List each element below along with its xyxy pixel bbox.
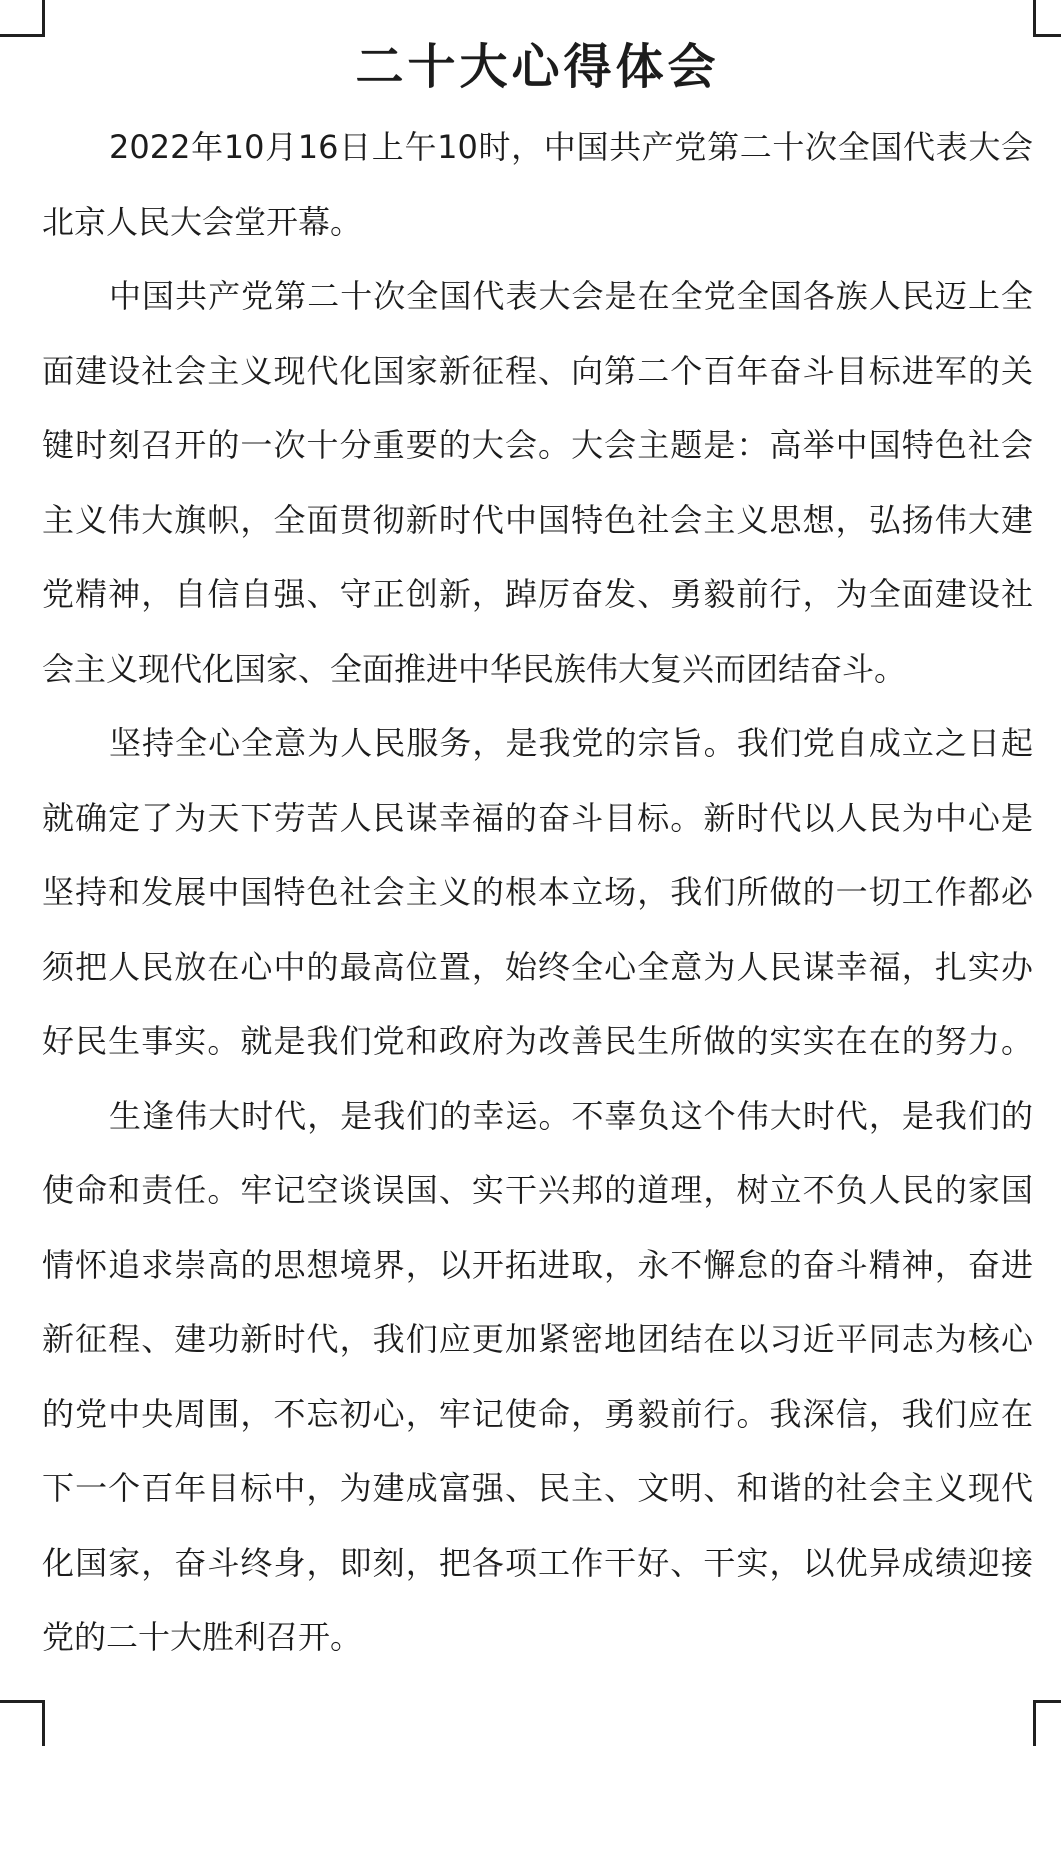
text-line: 下一个百年目标中，为建成富强、民主、文明、和谐的社会主义现代 — [42, 1451, 1033, 1526]
text-line: 生逢伟大时代，是我们的幸运。不辜负这个伟大时代，是我们的 — [42, 1079, 1033, 1154]
text-line: 键时刻召开的一次十分重要的大会。大会主题是：高举中国特色社会 — [42, 408, 1033, 483]
text-line: 使命和责任。牢记空谈误国、实干兴邦的道理，树立不负人民的家国 — [42, 1153, 1033, 1228]
text-line: 面建设社会主义现代化国家新征程、向第二个百年奋斗目标进军的关 — [42, 334, 1033, 409]
text-line: 新征程、建功新时代，我们应更加紧密地团结在以习近平同志为核心 — [42, 1302, 1033, 1377]
text-line: 须把人民放在心中的最高位置，始终全心全意为人民谋幸福，扎实办 — [42, 930, 1033, 1005]
text-line: 党精神，自信自强、守正创新，踔厉奋发、勇毅前行，为全面建设社 — [42, 557, 1033, 632]
text-line: 坚持和发展中国特色社会主义的根本立场，我们所做的一切工作都必 — [42, 855, 1033, 930]
text-line: 情怀追求崇高的思想境界，以开拓进取，永不懈怠的奋斗精神，奋进 — [42, 1228, 1033, 1303]
text-line: 2022年10月16日上午10时，中国共产党第二十次全国代表大会在 — [42, 110, 1033, 185]
text-line: 坚持全心全意为人民服务，是我党的宗旨。我们党自成立之日起 — [42, 706, 1033, 781]
text-line: 中国共产党第二十次全国代表大会是在全党全国各族人民迈上全 — [42, 259, 1033, 334]
crop-mark-bottom-right-icon — [1033, 1700, 1061, 1746]
text-line: 就确定了为天下劳苦人民谋幸福的奋斗目标。新时代以人民为中心是 — [42, 781, 1033, 856]
crop-mark-top-right-icon — [1033, 0, 1061, 37]
crop-mark-bottom-left-icon — [0, 1700, 45, 1746]
document-body: 2022年10月16日上午10时，中国共产党第二十次全国代表大会在 北京人民大会… — [42, 110, 1033, 1675]
document-title: 二十大心得体会 — [42, 26, 1033, 108]
text-line: 好民生事实。就是我们党和政府为改善民生所做的实实在在的努力。 — [42, 1004, 1033, 1079]
text-line: 主义伟大旗帜，全面贯彻新时代中国特色社会主义思想，弘扬伟大建 — [42, 483, 1033, 558]
crop-mark-top-left-icon — [0, 0, 45, 37]
document-page: 二十大心得体会 2022年10月16日上午10时，中国共产党第二十次全国代表大会… — [0, 0, 1061, 1849]
text-line: 化国家，奋斗终身，即刻，把各项工作干好、干实，以优异成绩迎接 — [42, 1526, 1033, 1601]
text-line: 的党中央周围，不忘初心，牢记使命，勇毅前行。我深信，我们应在 — [42, 1377, 1033, 1452]
text-line: 北京人民大会堂开幕。 — [42, 185, 1033, 260]
text-line: 党的二十大胜利召开。 — [42, 1600, 1033, 1675]
text-line: 会主义现代化国家、全面推进中华民族伟大复兴而团结奋斗。 — [42, 632, 1033, 707]
